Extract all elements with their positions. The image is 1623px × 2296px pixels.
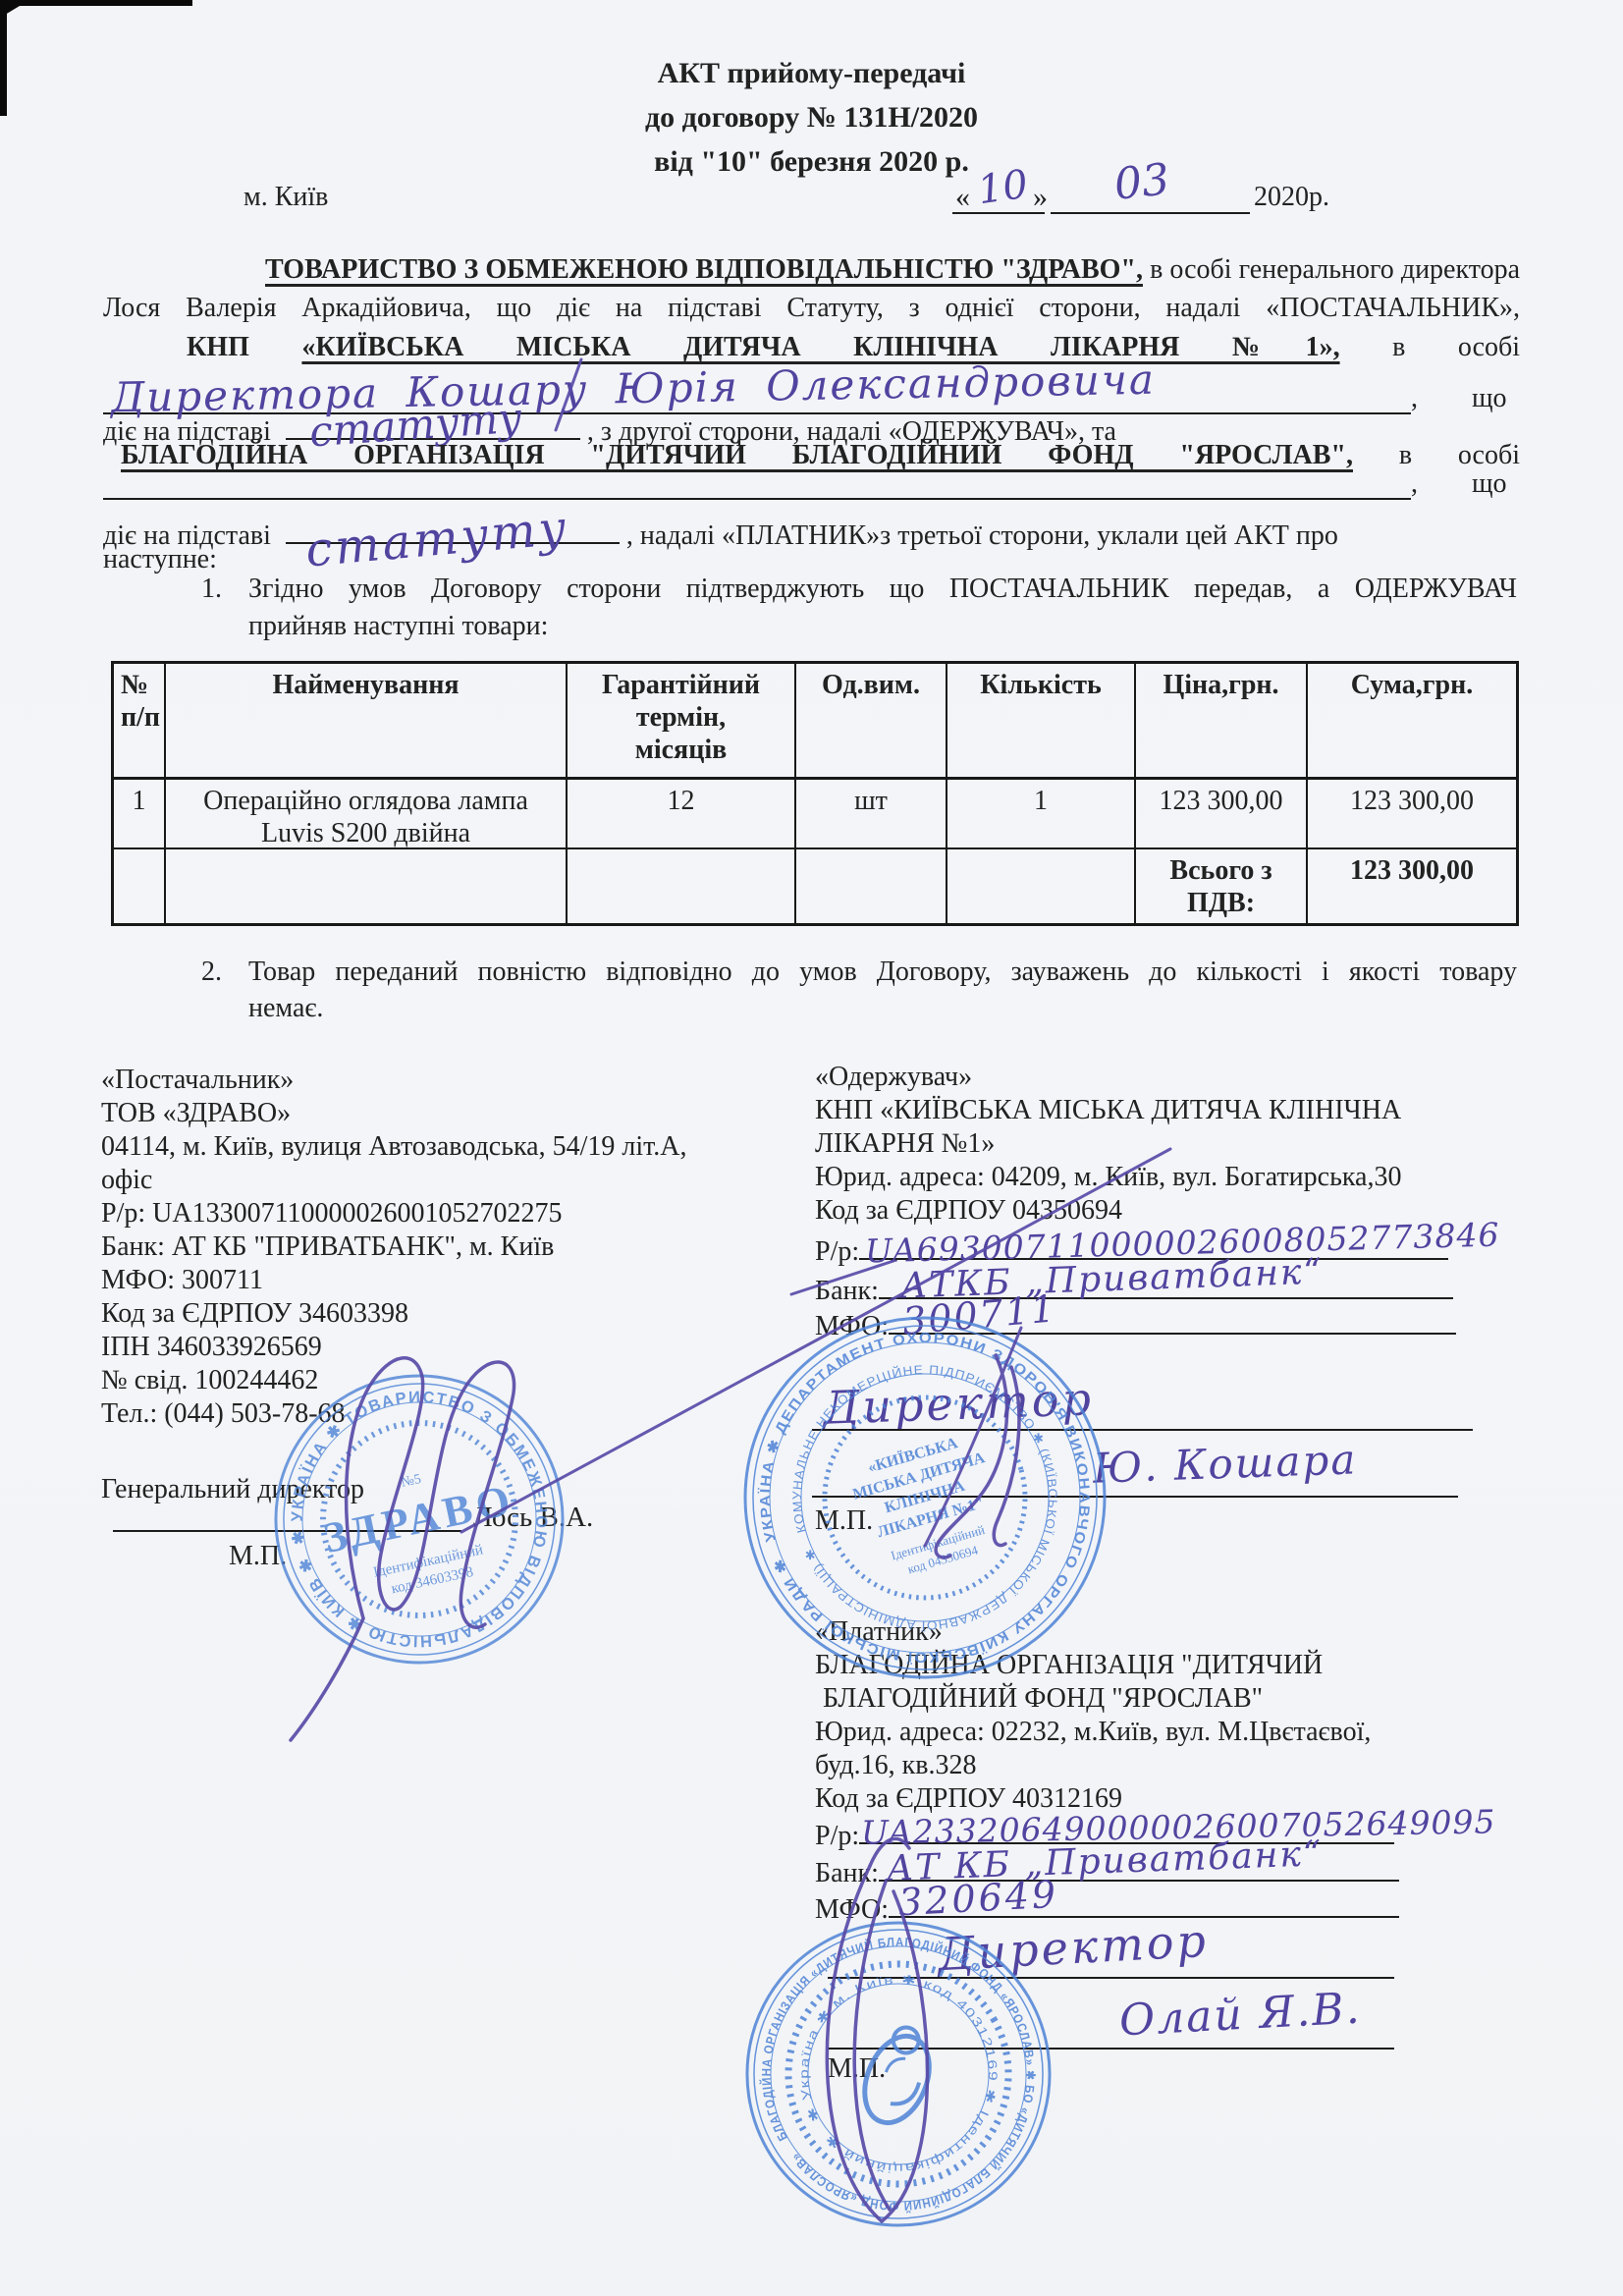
doc-title-line1: АКТ прийому-передачі [0,57,1623,90]
item1-text-line2: прийняв наступні товари: [248,610,548,643]
payer-address-2: буд.16, кв.328 [815,1749,1522,1782]
doc-title-line3: від "10" березня 2020 р. [0,145,1623,179]
goods-table: № п/п Найменування Гарантійний термін, м… [111,661,1519,926]
item1-number: 1. [201,573,222,606]
item2-text-line2: немає. [248,992,323,1025]
hw-date-day: 10 [975,162,1031,214]
intro-line7-rest: , що [1411,468,1507,500]
supplier-role-heading: «Постачальник» [101,1064,808,1097]
table-total-empty2 [166,849,568,923]
payer-company-2: БЛАГОДІЙНИЙ ФОНД "ЯРОСЛАВ" [815,1682,1522,1716]
intro-line8: діє на підставі статуту , надалі «ПЛАТНИ… [103,507,1338,553]
table-total-empty5 [947,849,1136,923]
intro-line6-rest: в особі [1399,440,1520,470]
table-header-num: № п/п [114,664,166,780]
intro-line4-rest: , що [1411,383,1507,414]
receiver-name-bold: «КИЇВСЬКА МІСЬКА ДИТЯЧА КЛІНІЧНА ЛІКАРНЯ… [301,332,1339,362]
svg-text:БЛАГОДІЙНА ОРГАНІЗАЦІЯ «ДИТЯЧИ: БЛАГОДІЙНА ОРГАНІЗАЦІЯ «ДИТЯЧИЙ БЛАГОДІЙ… [708,1884,1089,2265]
supplier-name-bold: ТОВАРИСТВО З ОБМЕЖЕНОЮ ВІДПОВІДАЛЬНІСТЮ … [265,254,1143,285]
date-day-underline [952,212,1045,214]
intro-line3: КНП «КИЇВСЬКА МІСЬКА ДИТЯЧА КЛІНІЧНА ЛІК… [103,331,1520,364]
statute-blank-2: статуту [286,507,620,544]
item1-text-line1: Згідно умов Договору сторони підтверджую… [248,573,1517,606]
table-row-cell-price: 123 300,00 [1136,780,1308,849]
receiver-block: «Одержувач» КНП «КИЇВСЬКА МІСЬКА ДИТЯЧА … [815,1061,1522,1228]
date-month-underline [1051,212,1250,214]
statute-blank-1: статуту [286,403,580,440]
item2-number: 2. [201,956,222,989]
supplier-address-2: офіс [101,1164,808,1197]
intro-line6: БЛАГОДІЙНА ОРГАНІЗАЦІЯ "ДИТЯЧИЙ БЛАГОДІЙ… [103,439,1520,472]
table-total-empty3 [568,849,796,923]
supplier-account: Р/р: UA133007110000026001052702275 [101,1197,808,1230]
payer-name-bold: БЛАГОДІЙНА ОРГАНІЗАЦІЯ "ДИТЯЧИЙ БЛАГОДІЙ… [121,440,1353,470]
intro-line1-rest: в особі генерального директора [1150,254,1520,285]
scan-artifact-top-strip [0,0,192,6]
supplier-company: ТОВ «ЗДРАВО» [101,1097,808,1130]
intro-line9: наступне: [103,543,217,576]
table-row-cell-name: Операційно оглядова лампа Luvis S200 дві… [166,780,568,849]
intro-line7: , що [103,470,1520,500]
supplier-address-1: 04114, м. Київ, вулиця Автозаводська, 54… [101,1130,808,1164]
scan-artifact-corner [0,0,29,18]
intro-line2: Лося Валерія Аркадійовича, що діє на під… [103,292,1520,325]
date-open-quote: « [955,181,970,214]
table-row-cell-sum: 123 300,00 [1308,780,1516,849]
supplier-round-stamp: ✱ УКРАЇНА ✱ ТОВАРИСТВО З ОБМЕЖЕНОЮ ВІДПО… [272,1372,567,1667]
table-header-name: Найменування [166,664,568,780]
supplier-ipn: ІПН 346033926569 [101,1331,808,1364]
table-row-cell-num: 1 [114,780,166,849]
table-total-value: 123 300,00 [1308,849,1516,923]
payer-stamp-outer-ring-text: БЛАГОДІЙНА ОРГАНІЗАЦІЯ «ДИТЯЧИЙ БЛАГОДІЙ… [708,1884,1089,2265]
intro-line8-post: , надалі «ПЛАТНИК»з третьої сторони, укл… [626,520,1338,551]
date-year: 2020р. [1254,181,1329,214]
supplier-stamp-number: №5 [400,1472,422,1491]
receiver-abbr: КНП [187,332,249,362]
table-header-price: Ціна,грн. [1136,664,1308,780]
receiver-address: Юрид. адреса: 04209, м. Київ, вул. Богат… [815,1161,1522,1194]
table-row-cell-warranty: 12 [568,780,796,849]
intro-line1: ТОВАРИСТВО З ОБМЕЖЕНОЮ ВІДПОВІДАЛЬНІСТЮ … [103,253,1520,287]
payer-person-blank [103,468,1411,500]
date-close-quote: » [1033,181,1048,214]
payer-address-1: Юрид. адреса: 02232, м.Київ, вул. М.Цвєт… [815,1716,1522,1749]
payer-stamp-baby-icon [825,2008,969,2151]
receiver-round-stamp: УКРАЇНА ✱ ДЕПАРТАМЕНТ ОХОРОНИ ЗДОРОВ'Я В… [738,1311,1111,1684]
table-header-sum: Сума,грн. [1308,664,1516,780]
receiver-role-heading: «Одержувач» [815,1061,1522,1094]
hw-date-month: 03 [1111,154,1171,210]
supplier-stamp-center: ЗДРАВО [319,1475,518,1562]
table-total-empty1 [114,849,166,923]
intro-line3-rest: в особі [1392,332,1520,362]
table-header-qty: Кількість [947,664,1136,780]
doc-city: м. Київ [243,181,328,214]
table-header-unit: Од.вим. [796,664,947,780]
receiver-company-1: КНП «КИЇВСЬКА МІСЬКА ДИТЯЧА КЛІНІЧНА [815,1094,1522,1127]
table-header-warranty: Гарантійний термін, місяців [568,664,796,780]
receiver-account-label: Р/р: [815,1236,859,1267]
supplier-mfo: МФО: 300711 [101,1264,808,1297]
table-total-empty4 [796,849,947,923]
receiver-company-2: ЛІКАРНЯ №1» [815,1127,1522,1161]
scanned-act-document: АКТ прийому-передачі до договору № 131Н/… [0,0,1623,2296]
hw-statute-2: статуту [304,511,570,567]
payer-round-stamp: БЛАГОДІЙНА ОРГАНІЗАЦІЯ «ДИТЯЧИЙ БЛАГОДІЙ… [741,1917,1055,2231]
hw-receiver-signature: Ю. Кошара [1092,1435,1358,1492]
table-row-cell-unit: шт [796,780,947,849]
hw-payer-signature: Олай Я.В. [1118,1984,1363,2047]
item2-text-line1: Товар переданий повністю відповідно до у… [248,956,1517,989]
table-row-cell-qty: 1 [947,780,1136,849]
table-total-label: Всього з ПДВ: [1136,849,1308,923]
doc-title-line2: до договору № 131Н/2020 [0,101,1623,135]
supplier-bank: Банк: АТ КБ "ПРИВАТБАНК", м. Київ [101,1230,808,1264]
supplier-edrpou: Код за ЄДРПОУ 34603398 [101,1297,808,1331]
